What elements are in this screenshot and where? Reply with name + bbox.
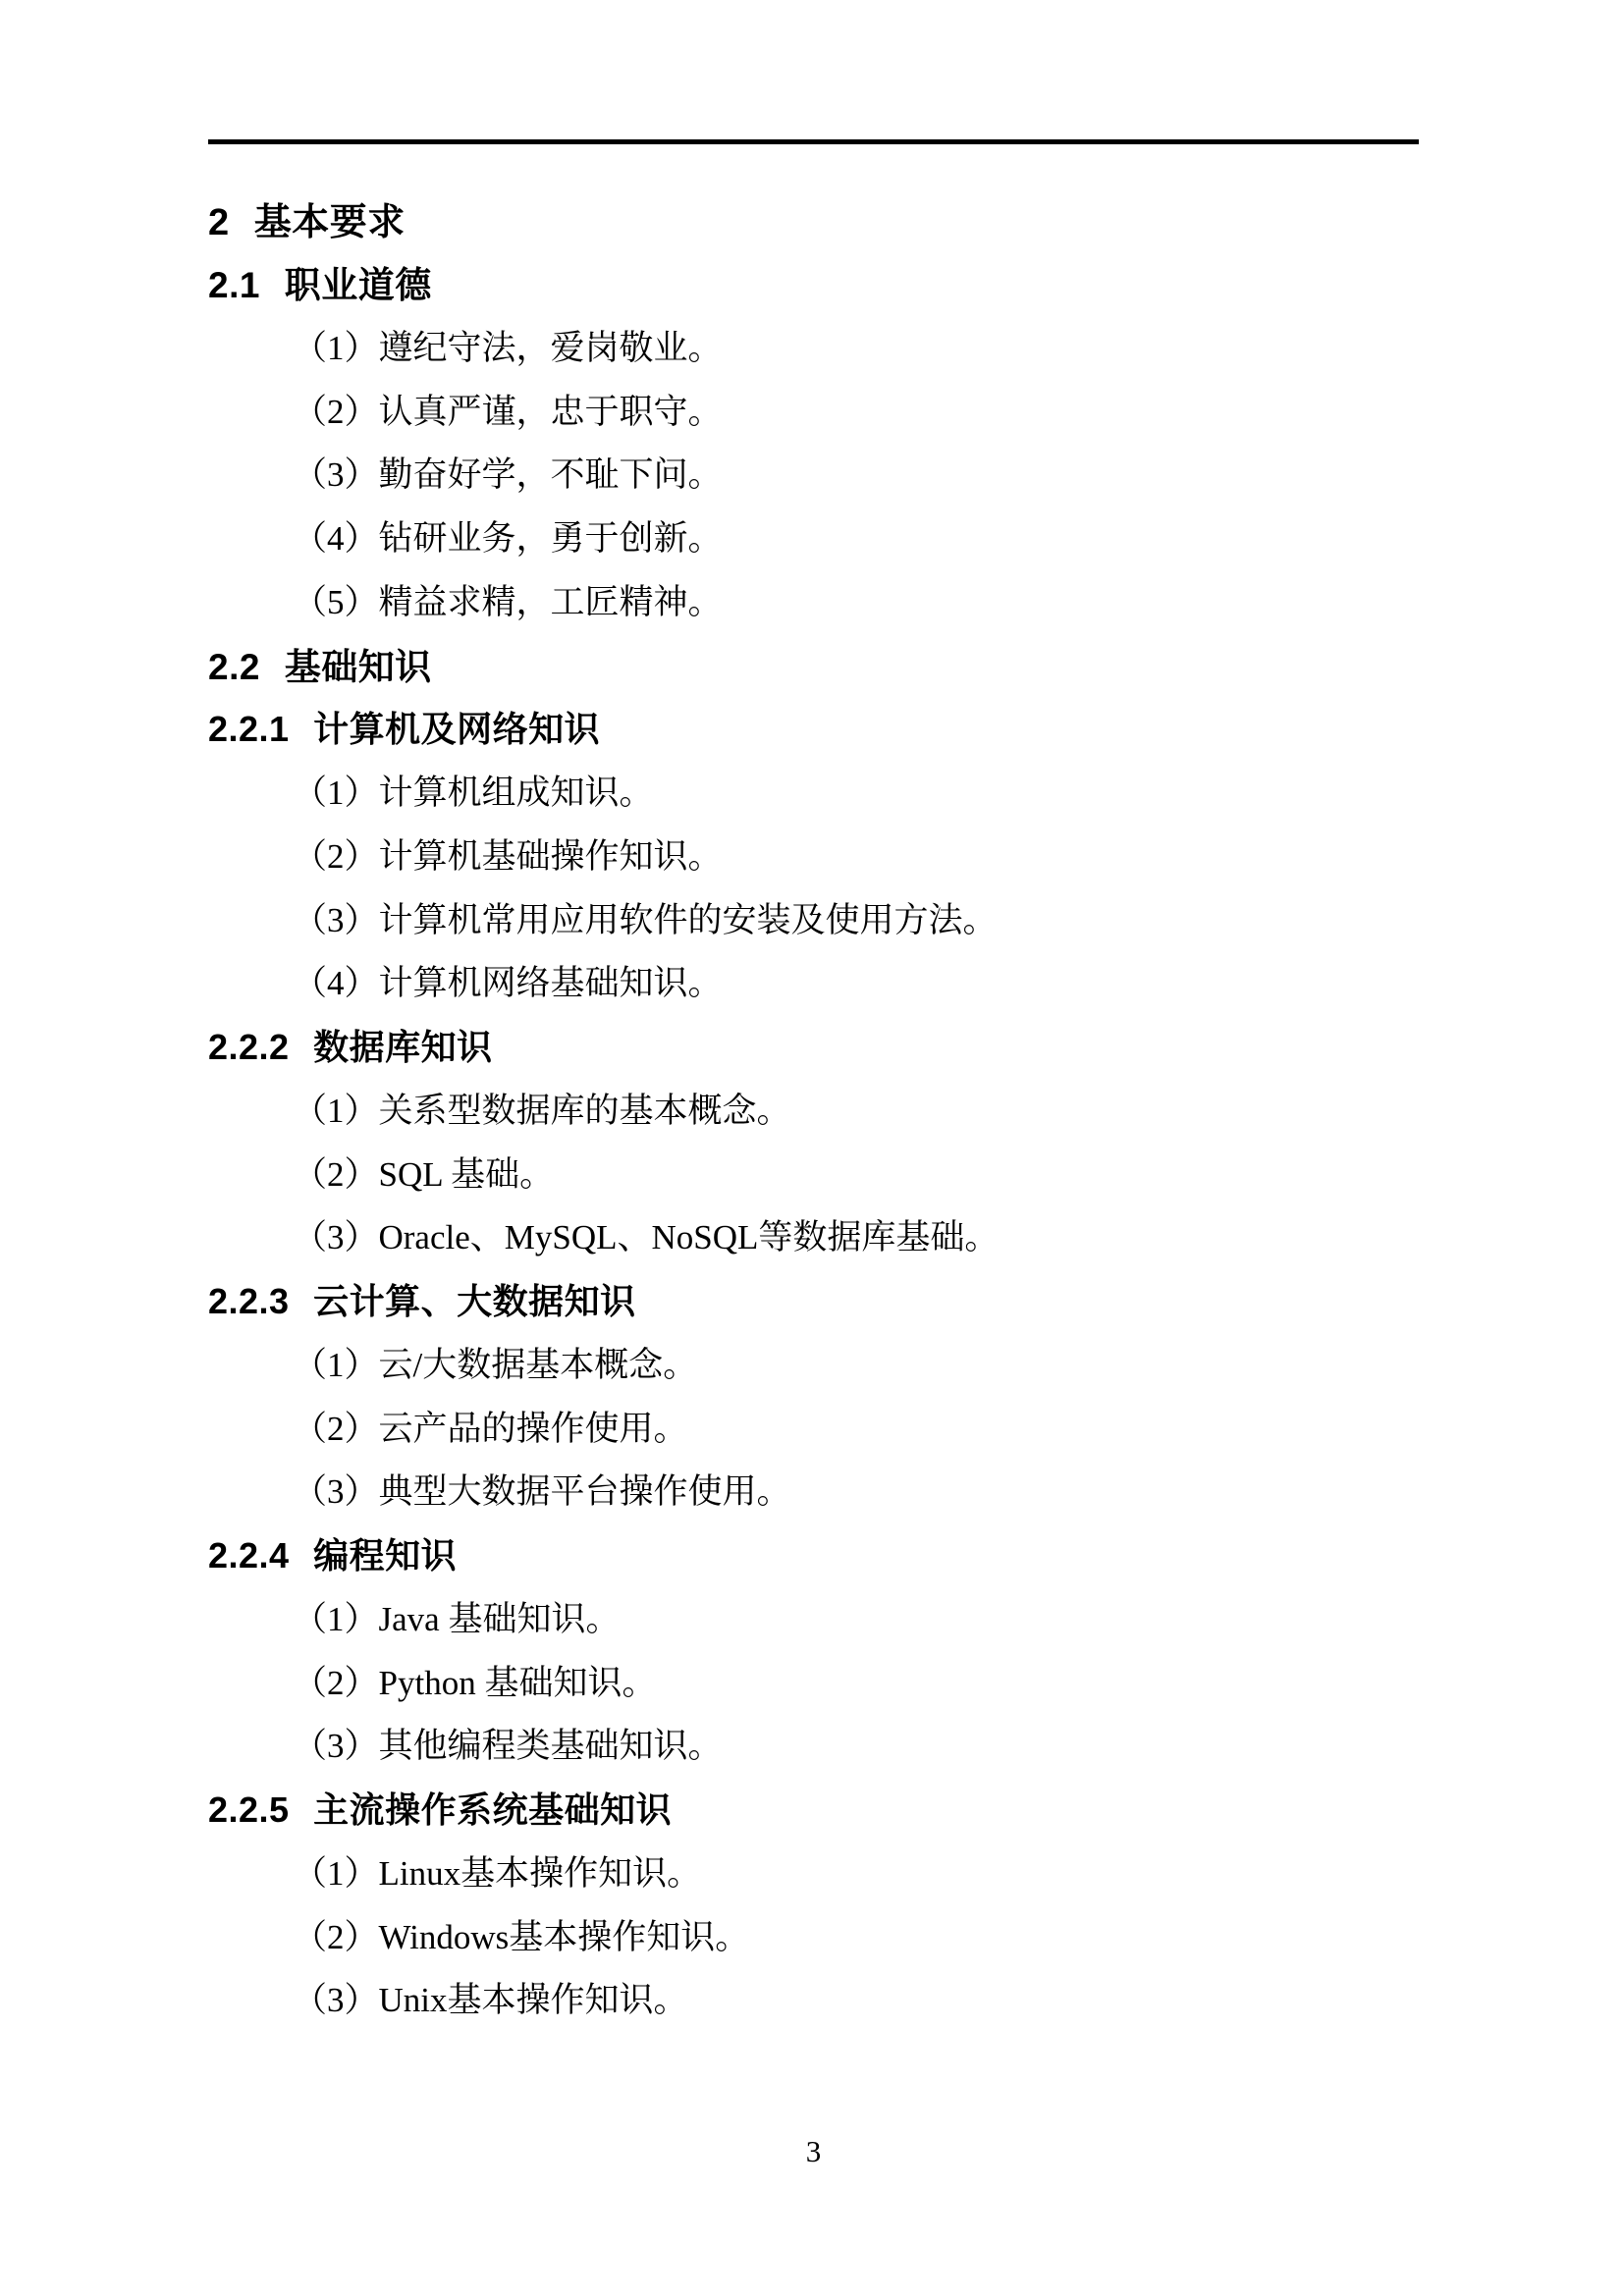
list-item: （2）Python 基础知识。 xyxy=(208,1648,1419,1712)
heading-2-2-2: 2.2.2 数据库知识 xyxy=(208,1013,1419,1077)
list-item: （3）Unix基本操作知识。 xyxy=(208,1966,1419,2030)
page-number: 3 xyxy=(208,2134,1419,2169)
list-item: （2）认真严谨，忠于职守。 xyxy=(208,377,1419,441)
list-item: （1）Java 基础知识。 xyxy=(208,1585,1419,1649)
heading-2: 2 基本要求 xyxy=(208,187,1419,250)
list-item: （4）计算机网络基础知识。 xyxy=(208,949,1419,1013)
list-item: （4）钻研业务，勇于创新。 xyxy=(208,505,1419,568)
document-page: 2 基本要求 2.1 职业道德 （1）遵纪守法，爱岗敬业。 （2）认真严谨，忠于… xyxy=(0,0,1624,2296)
list-item: （3）典型大数据平台操作使用。 xyxy=(208,1458,1419,1522)
list-item: （1）计算机组成知识。 xyxy=(208,759,1419,823)
list-item: （2）SQL 基础。 xyxy=(208,1140,1419,1203)
header-rule xyxy=(208,139,1419,144)
list-item: （3）其他编程类基础知识。 xyxy=(208,1712,1419,1776)
heading-2-2-4: 2.2.4 编程知识 xyxy=(208,1522,1419,1585)
list-item: （1）Linux基本操作知识。 xyxy=(208,1840,1419,1903)
list-item: （3）Oracle、MySQL、NoSQL等数据库基础。 xyxy=(208,1203,1419,1267)
list-item: （2）计算机基础操作知识。 xyxy=(208,823,1419,886)
list-item: （2）云产品的操作使用。 xyxy=(208,1394,1419,1458)
document-body: 2 基本要求 2.1 职业道德 （1）遵纪守法，爱岗敬业。 （2）认真严谨，忠于… xyxy=(208,187,1419,2030)
list-item: （1）云/大数据基本概念。 xyxy=(208,1331,1419,1395)
list-item: （5）精益求精，工匠精神。 xyxy=(208,568,1419,632)
heading-2-2-1: 2.2.1 计算机及网络知识 xyxy=(208,695,1419,759)
list-item: （2）Windows基本操作知识。 xyxy=(208,1902,1419,1966)
heading-2-2-3: 2.2.3 云计算、大数据知识 xyxy=(208,1267,1419,1331)
heading-2-2-5: 2.2.5 主流操作系统基础知识 xyxy=(208,1776,1419,1840)
list-item: （3）勤奋好学，不耻下问。 xyxy=(208,441,1419,505)
list-item: （1）关系型数据库的基本概念。 xyxy=(208,1077,1419,1141)
heading-2-1: 2.1 职业道德 xyxy=(208,250,1419,314)
list-item: （3）计算机常用应用软件的安装及使用方法。 xyxy=(208,885,1419,949)
list-item: （1）遵纪守法，爱岗敬业。 xyxy=(208,314,1419,378)
heading-2-2: 2.2 基础知识 xyxy=(208,631,1419,695)
